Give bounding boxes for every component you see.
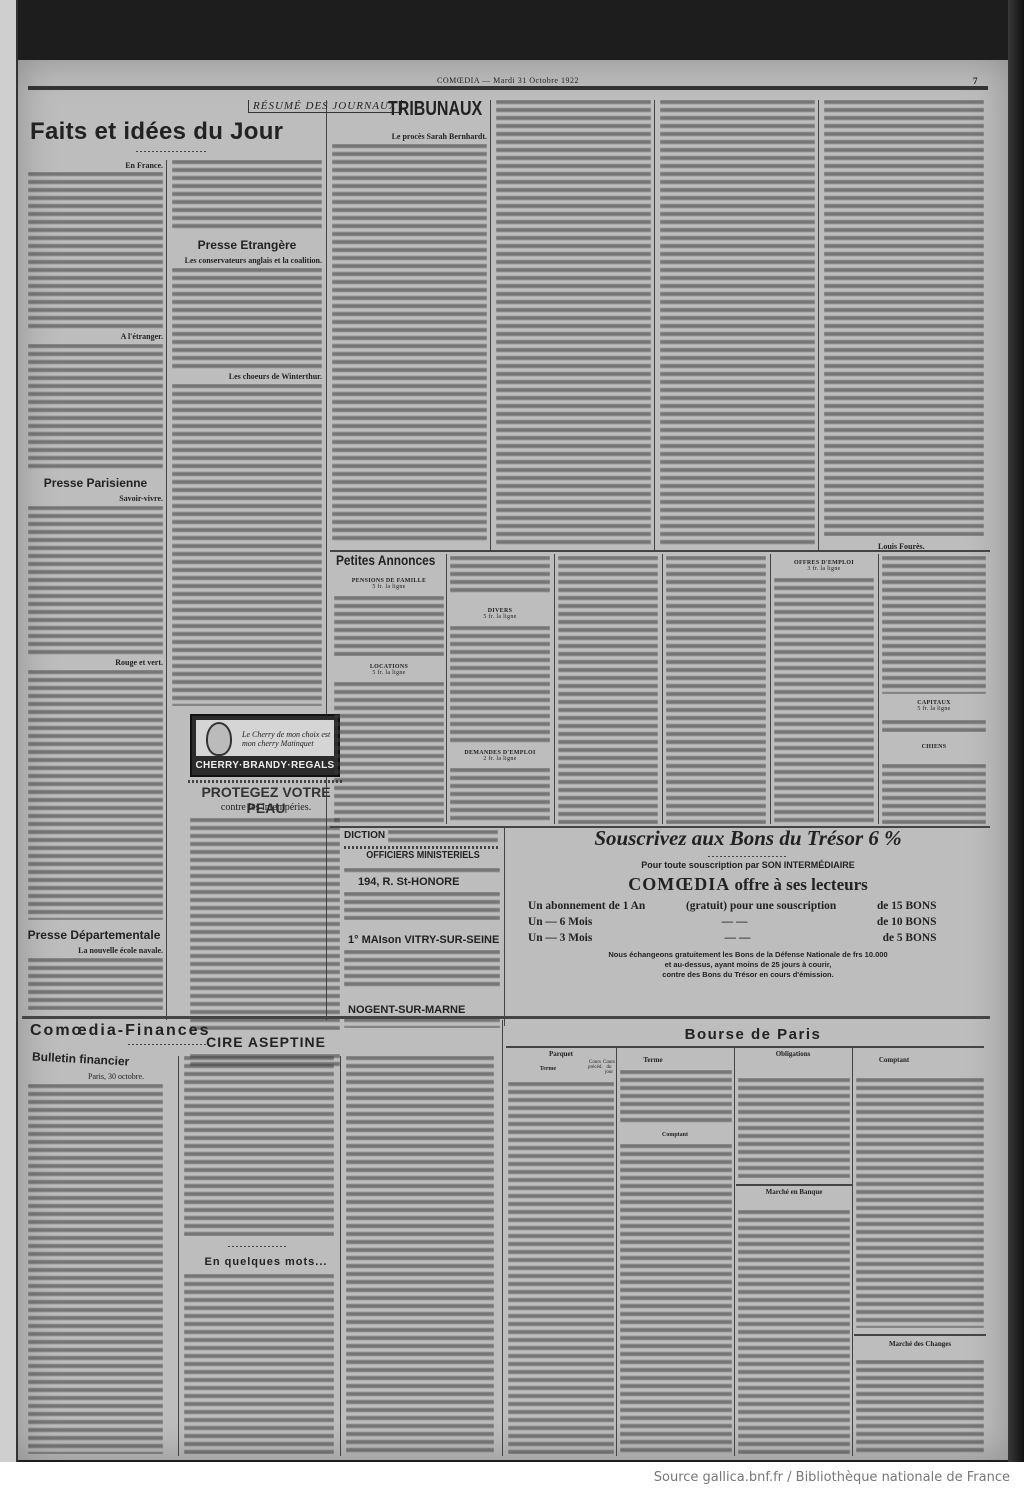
vente-text (344, 1018, 500, 1028)
annonce-text (450, 626, 550, 746)
comptant-subheader: Comptant (618, 1132, 732, 1138)
bourse-title: Bourse de Paris (518, 1026, 988, 1043)
column-rule (340, 1056, 341, 1456)
lot-nogent: NOGENT-SUR-MARNE (348, 1004, 465, 1016)
article-text (28, 670, 163, 920)
presse-etrangere-title: Presse Etrangère (172, 238, 322, 252)
cherry-slogan: Le Cherry de mon choix est mon cherry Ma… (242, 730, 334, 748)
annonce-text (774, 578, 874, 824)
article-text (28, 344, 163, 470)
cire-aseptine: CIRE ASEPTINE (188, 1034, 344, 1050)
cherry-brandy-ad: Le Cherry de mon choix est mon cherry Ma… (190, 714, 340, 777)
column-rule (446, 554, 447, 824)
tribunaux-title: TRIBUNAUX (388, 98, 482, 121)
diction-text (388, 830, 498, 846)
masthead-text: COMŒDIA — Mardi 31 Octobre 1922 (437, 76, 579, 85)
annonce-text (882, 556, 986, 694)
terme-header: Terme (618, 1056, 688, 1064)
ornament-rule (136, 151, 206, 152)
quotes-table (738, 1078, 850, 1178)
column-rule (734, 1048, 735, 1456)
bons-subtitle: Pour toute souscription par SON INTERMÉD… (518, 860, 978, 870)
subhead-winterthur: Les choeurs de Winterthur. (172, 372, 322, 381)
column-rule (662, 554, 663, 824)
annonce-heading: DIVERS 5 fr. la ligne (450, 608, 550, 620)
annonce-heading: CAPITAUX 5 fr. la ligne (882, 700, 986, 712)
column-rule (504, 828, 505, 1026)
quotes-table (620, 1144, 732, 1454)
article-text (28, 1084, 163, 1454)
section-rule (506, 1046, 984, 1048)
officiers-title: OFFICIERS MINISTERIELS (356, 850, 491, 861)
quotes-table (620, 1070, 732, 1126)
vente-text (344, 950, 500, 990)
faits-title: Faits et idées du Jour (30, 118, 283, 146)
annonce-heading: PENSIONS DE FAMILLE 5 fr. la ligne (334, 578, 444, 590)
petites-annonces-title: Petites Annonces (336, 552, 435, 568)
cherry-brand: CHERRY·BRANDY·REGALS (192, 760, 338, 771)
masthead: COMŒDIA — Mardi 31 Octobre 1922 7 (28, 76, 988, 90)
article-text (172, 384, 322, 706)
annonce-text (334, 596, 444, 656)
lot-st-honore: 194, R. St-HONORE (358, 876, 459, 888)
ornament-rule (344, 846, 500, 849)
article-text (172, 268, 322, 370)
binding-spine (1008, 0, 1024, 1462)
protegez-subtitle: contre les intempéries. (188, 802, 344, 813)
column-rule (852, 1048, 853, 1456)
column-rule (878, 554, 879, 824)
newspaper-page: COMŒDIA — Mardi 31 Octobre 1922 7 RÉSUMÉ… (18, 60, 1008, 1460)
obligations-header: Obligations (736, 1050, 850, 1058)
vente-text (344, 868, 500, 876)
lot-vitry: 1° MAIson VITRY-SUR-SEINE (348, 934, 499, 946)
bons-row: Un — 6 Mois — — de 10 BONS (528, 914, 937, 929)
page-number: 7 (973, 76, 978, 86)
article-text (28, 506, 163, 656)
marche-banque-header: Marché en Banque (736, 1188, 852, 1196)
quelques-mots-title: En quelques mots... (188, 1256, 344, 1268)
annonce-heading: CHIENS (882, 744, 986, 750)
diction-label: DICTION (344, 830, 385, 841)
subhead-etranger: A l'étranger. (28, 332, 163, 341)
annonce-text (882, 764, 986, 824)
column-rule (166, 160, 167, 1020)
article-text (184, 1274, 334, 1454)
annonce-heading: DEMANDES D'EMPLOI 2 fr. la ligne (450, 750, 550, 762)
article-text (660, 100, 815, 546)
annonce-text (666, 556, 766, 824)
ornament-rule (188, 780, 344, 783)
bons-note: Nous échangeons gratuitement les Bons de… (518, 950, 978, 959)
column-rule (818, 100, 819, 550)
quotes-table (738, 1210, 850, 1454)
annonce-text (450, 556, 550, 594)
column-rule (654, 100, 655, 550)
comptant-header: Comptant (854, 1056, 934, 1064)
subhead-en-france: En France. (28, 161, 163, 170)
column-rule (616, 1048, 617, 1456)
subhead-conservateurs: Les conservateurs anglais et la coalitio… (172, 256, 322, 265)
article-text (28, 172, 163, 330)
bons-note: et au-dessus, ayant moins de 25 jours à … (518, 960, 978, 969)
parquet-header: Parquet (508, 1050, 614, 1058)
article-text (184, 1056, 334, 1236)
ornament-rule (128, 1044, 208, 1045)
section-rule (22, 1016, 990, 1019)
source-credit: Source gallica.bnf.fr / Bibliothèque nat… (0, 1462, 1024, 1494)
bulletin-title: Bulletin financier (32, 1049, 130, 1068)
ornament-rule (228, 1246, 288, 1247)
bons-row: Un abonnement de 1 An (gratuit) pour une… (528, 898, 937, 913)
section-rule (854, 1334, 986, 1336)
resume-label: RÉSUMÉ DES JOURNAUX (248, 100, 402, 113)
annonce-heading: LOCATIONS 5 fr. la ligne (334, 664, 444, 676)
quotes-table (508, 1082, 614, 1454)
finances-title: Comœdia-Finances (30, 1022, 210, 1040)
bons-note: contre des Bons du Trésor en cours d'émi… (518, 970, 978, 979)
subhead-rouge-vert: Rouge et vert. (28, 658, 163, 667)
cours-precedent-label: Cours précéd. (588, 1060, 602, 1070)
column-rule (502, 1020, 503, 1456)
article-text (496, 100, 651, 546)
presse-departementale-title: Presse Départementale (24, 928, 164, 942)
ornament-rule (708, 856, 788, 857)
quotes-table (856, 1360, 984, 1454)
ad-text (190, 818, 340, 1030)
parquet-terme-header: Terme (508, 1066, 588, 1072)
presse-parisienne-title: Presse Parisienne (28, 476, 163, 490)
bons-brand-line: COMŒDIA offre à ses lecteurs (518, 874, 978, 895)
annonce-text (882, 720, 986, 732)
column-rule (770, 554, 771, 824)
article-text (172, 160, 322, 230)
article-text (332, 144, 487, 544)
annonce-heading: OFFRES D'EMPLOI 3 fr. la ligne (774, 560, 874, 572)
subhead-ecole-navale: La nouvelle école navale. (28, 946, 163, 955)
column-rule (178, 1056, 179, 1456)
column-rule (554, 554, 555, 824)
bons-row: Un — 3 Mois — — de 5 BONS (528, 930, 937, 945)
woman-illustration-icon (206, 722, 232, 756)
article-text (346, 1056, 494, 1454)
annonce-text (450, 768, 550, 824)
cours-jour-label: Cours du jour (602, 1060, 616, 1075)
column-rule (490, 100, 491, 550)
section-rule (736, 1184, 852, 1186)
marche-changes-header: Marché des Changes (854, 1340, 986, 1348)
vente-text (344, 892, 500, 920)
article-text (28, 958, 163, 1010)
quotes-table (856, 1078, 984, 1328)
bons-title: Souscrivez aux Bons du Trésor 6 % (518, 826, 978, 851)
annonce-text (334, 682, 444, 824)
previous-page-edge (0, 0, 18, 1462)
subhead-sarah-bernhardt: Le procès Sarah Bernhardt. (332, 132, 487, 141)
subhead-savoir-vivre: Savoir-vivre. (28, 494, 163, 503)
article-text (824, 100, 984, 536)
annonce-text (558, 556, 658, 824)
bulletin-date: Paris, 30 octobre. (88, 1072, 144, 1081)
